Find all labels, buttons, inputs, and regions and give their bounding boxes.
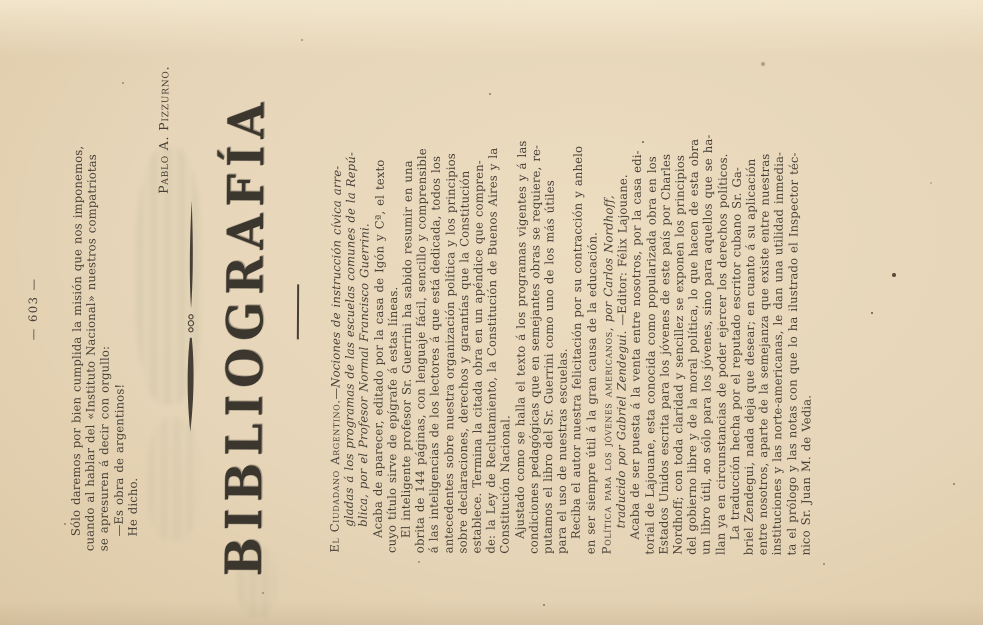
page-number: — 603 — (25, 67, 42, 551)
text-line: nico Sr. Juan M. de Vedia. (798, 69, 815, 555)
intro-paragraph: Sólo daremos por bien cumplida la misión… (69, 65, 143, 551)
tapered-rule-ornament (184, 199, 197, 434)
heading-rule (297, 284, 300, 339)
scanned-book-page: — 603 — Sólo daremos por bien cumplida l… (0, 0, 983, 625)
text-line: en ser siempre útil á la gran causa de l… (583, 68, 600, 554)
page-content: — 603 — Sólo daremos por bien cumplida l… (0, 0, 983, 625)
bibliography-entry-2: Política para los jóvenes americanos, po… (600, 68, 816, 555)
bibliography-entry-1: El Ciudadano Argentino.—Nociones de inst… (328, 67, 601, 555)
section-title: BIBLIOGRAFÍA (214, 96, 275, 577)
author-signature: Pablo A. Pizzurno. (154, 28, 172, 552)
rotated-page: — 603 — Sólo daremos por bien cumplida l… (0, 0, 983, 625)
text-line: He dicho. (125, 65, 142, 551)
